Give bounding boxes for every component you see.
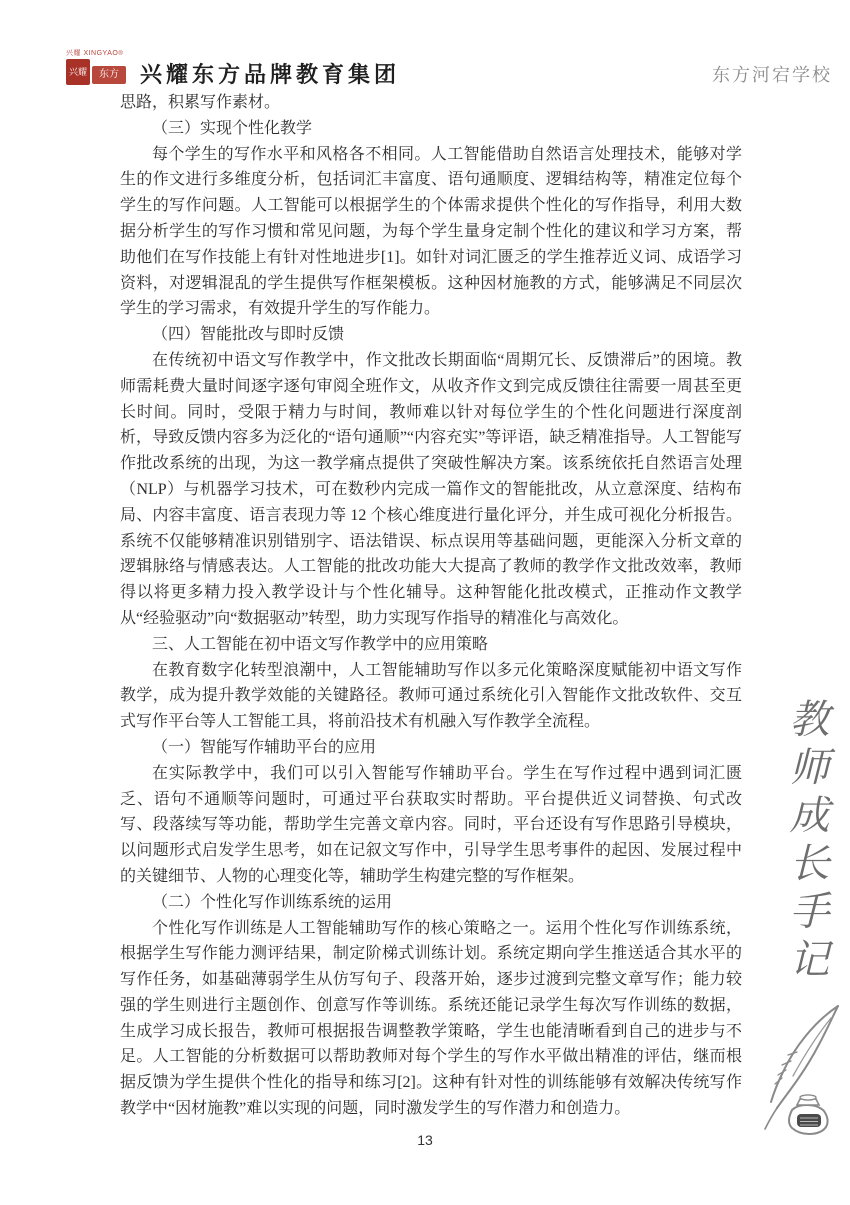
document-page: 兴耀 XINGYAO® 兴耀 东方 兴耀东方品牌教育集团 东方河宕学校 思路，积… [0, 0, 850, 1205]
section-heading: 三、人工智能在初中语文写作教学中的应用策略 [120, 632, 742, 658]
subheading-4: （四）智能批改与即时反馈 [120, 322, 742, 348]
subheading-3: （三）实现个性化教学 [120, 116, 742, 142]
paragraph: 在传统初中语文写作教学中，作文批改长期面临“周期冗长、反馈滞后”的困境。教师需耗… [120, 348, 742, 632]
seal-block-left: 兴耀 [66, 59, 90, 85]
paragraph: 每个学生的写作水平和风格各不相同。人工智能借助自然语言处理技术，能够对学生的作文… [120, 142, 742, 323]
page-number: 13 [0, 1132, 850, 1148]
school-name: 东方河宕学校 [712, 61, 832, 87]
quill-ink-icon [752, 1002, 847, 1137]
seal-block-right: 东方 [92, 66, 126, 84]
registered-mark-icon: ® [118, 51, 123, 57]
paragraph: 个性化写作训练是人工智能辅助写作的核心策略之一。运用个性化写作训练系统，根据学生… [120, 916, 742, 1122]
document-body: 思路，积累写作素材。 （三）实现个性化教学 每个学生的写作水平和风格各不相同。人… [120, 90, 742, 1122]
paragraph: 在实际教学中，我们可以引入智能写作辅助平台。学生在写作过程中遇到词汇匮乏、语句不… [120, 761, 742, 890]
brand-seal: 兴耀 东方 [66, 59, 142, 85]
brand-title: 兴耀东方品牌教育集团 [140, 58, 400, 89]
subheading-1: （一）智能写作辅助平台的应用 [120, 735, 742, 761]
paragraph: 在教育数字化转型浪潮中，人工智能辅助写作以多元化策略深度赋能初中语文写作教学，成… [120, 658, 742, 735]
brand-logo-small-text: 兴耀 XINGYAO® [66, 50, 142, 58]
calligraphy-watermark: 教师成长手记 [772, 698, 840, 998]
paragraph-continuation: 思路，积累写作素材。 [120, 90, 742, 116]
subheading-2: （二）个性化写作训练系统的运用 [120, 890, 742, 916]
